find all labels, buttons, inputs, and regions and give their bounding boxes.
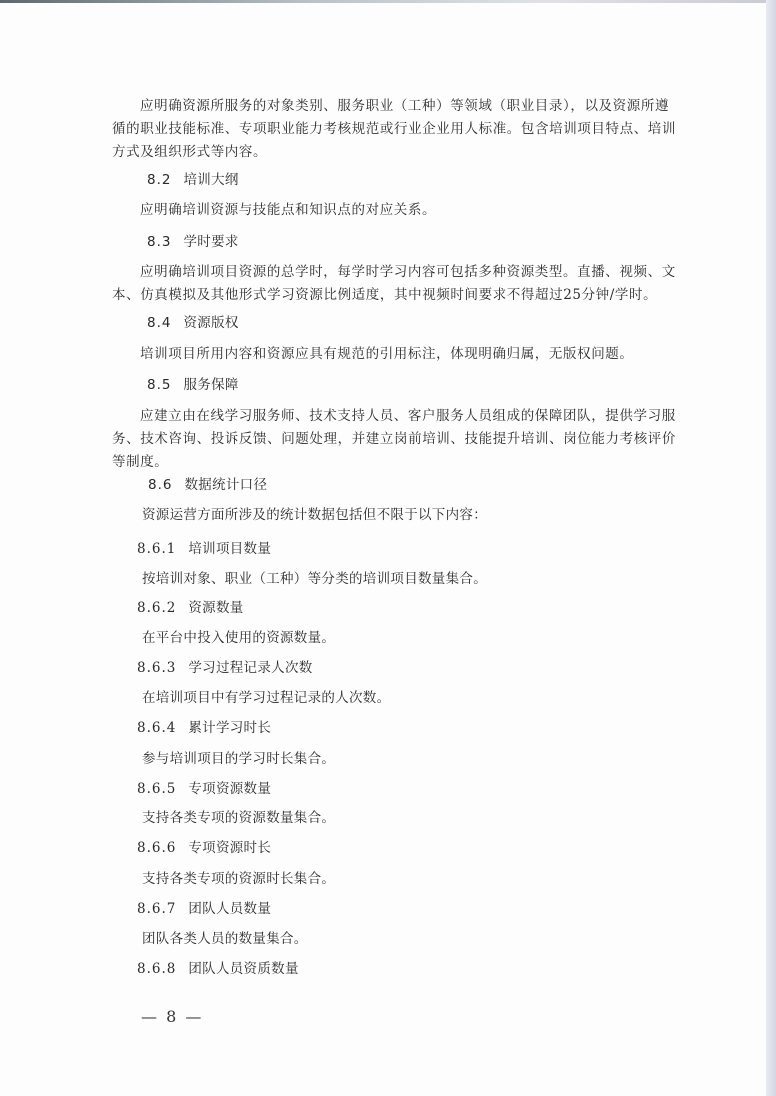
subsection-number: 8.6.4 xyxy=(137,718,176,738)
subsection-body-8-6-3: 在培训项目中有学习过程记录的人次数。 xyxy=(142,688,390,708)
intro-paragraph: 应明确资源所服务的对象类别、服务职业（工种）等领域（职业目录），以及资源所遵循的… xyxy=(112,95,682,164)
subsection-number: 8.6.5 xyxy=(137,779,176,799)
section-title: 培训大纲 xyxy=(183,172,238,188)
section-body-8-2: 应明确培训资源与技能点和知识点的对应关系。 xyxy=(112,199,682,222)
subsection-heading-8-6-1: 8.6.1培训项目数量 xyxy=(137,539,271,559)
subsection-heading-8-6-8: 8.6.8团队人员资质数量 xyxy=(137,959,299,979)
scan-right-edge xyxy=(766,0,776,1096)
section-heading-8-3: 8.3学时要求 xyxy=(147,232,239,252)
subsection-heading-8-6-5: 8.6.5专项资源数量 xyxy=(137,779,271,799)
section-title: 学时要求 xyxy=(183,234,238,250)
subsection-number: 8.6.3 xyxy=(137,658,176,678)
section-body-8-6: 资源运营方面所涉及的统计数据包括但不限于以下内容： xyxy=(142,505,487,525)
subsection-heading-8-6-6: 8.6.6专项资源时长 xyxy=(137,838,271,858)
subsection-body-8-6-6: 支持各类专项的资源时长集合。 xyxy=(142,869,335,889)
subsection-title: 团队人员资质数量 xyxy=(188,961,298,977)
subsection-heading-8-6-3: 8.6.3学习过程记录人次数 xyxy=(137,658,313,678)
subsection-title: 专项资源数量 xyxy=(188,781,271,797)
subsection-number: 8.6.8 xyxy=(137,959,176,979)
subsection-number: 8.6.7 xyxy=(137,899,176,919)
section-body-8-3: 应明确培训项目资源的总学时，每学时学习内容可包括多种资源类型。直播、视频、文本、… xyxy=(112,261,682,307)
section-heading-8-4: 8.4资源版权 xyxy=(147,313,239,333)
section-title: 服务保障 xyxy=(183,377,238,393)
subsection-body-8-6-2: 在平台中投入使用的资源数量。 xyxy=(142,628,335,648)
section-heading-8-5: 8.5服务保障 xyxy=(147,375,239,395)
section-number: 8.3 xyxy=(147,232,171,252)
subsection-title: 资源数量 xyxy=(188,600,243,616)
subsection-body-8-6-1: 按培训对象、职业（工种）等分类的培训项目数量集合。 xyxy=(142,569,487,589)
page-number: — 8 — xyxy=(141,1007,203,1026)
section-number: 8.4 xyxy=(147,313,171,333)
section-number: 8.5 xyxy=(147,375,171,395)
subsection-number: 8.6.2 xyxy=(137,598,176,618)
subsection-heading-8-6-7: 8.6.7团队人员数量 xyxy=(137,899,271,919)
subsection-body-8-6-4: 参与培训项目的学习时长集合。 xyxy=(142,749,335,769)
subsection-title: 培训项目数量 xyxy=(188,541,271,557)
subsection-body-8-6-7: 团队各类人员的数量集合。 xyxy=(142,929,308,949)
subsection-number: 8.6.6 xyxy=(137,838,176,858)
subsection-body-8-6-5: 支持各类专项的资源数量集合。 xyxy=(142,808,335,828)
section-title: 资源版权 xyxy=(183,315,238,331)
subsection-number: 8.6.1 xyxy=(137,539,176,559)
section-body-8-5: 应建立由在线学习服务师、技术支持人员、客户服务人员组成的保障团队，提供学习服务、… xyxy=(112,405,682,474)
section-title: 数据统计口径 xyxy=(184,477,267,493)
subsection-title: 专项资源时长 xyxy=(188,840,271,856)
subsection-title: 团队人员数量 xyxy=(188,901,271,917)
section-body-8-4: 培训项目所用内容和资源应具有规范的引用标注，体现明确归属，无版权问题。 xyxy=(112,343,682,366)
subsection-heading-8-6-2: 8.6.2资源数量 xyxy=(137,598,244,618)
subsection-heading-8-6-4: 8.6.4累计学习时长 xyxy=(137,718,271,738)
section-number: 8.6 xyxy=(148,475,172,495)
subsection-title: 累计学习时长 xyxy=(188,720,271,736)
section-heading-8-6: 8.6数据统计口径 xyxy=(148,475,267,495)
subsection-title: 学习过程记录人次数 xyxy=(188,660,312,676)
section-number: 8.2 xyxy=(147,170,171,190)
scan-top-edge xyxy=(0,0,776,3)
section-heading-8-2: 8.2培训大纲 xyxy=(147,170,239,190)
